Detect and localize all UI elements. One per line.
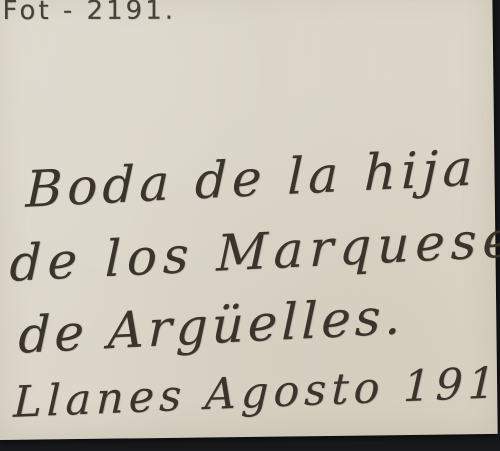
note-line-1: Boda de la hija bbox=[25, 139, 478, 219]
note-line-4: Llanes Agosto 1915. bbox=[13, 356, 500, 428]
note-line-2: de los Marqueses bbox=[9, 208, 500, 293]
catalog-number: Fot - 2191. bbox=[2, 0, 176, 26]
note-card-paper: Fot - 2191. Boda de la hija de los Marqu… bbox=[0, 0, 498, 440]
note-line-3: de Argüelles. bbox=[18, 287, 405, 365]
scanned-note-photo: Fot - 2191. Boda de la hija de los Marqu… bbox=[0, 0, 500, 451]
